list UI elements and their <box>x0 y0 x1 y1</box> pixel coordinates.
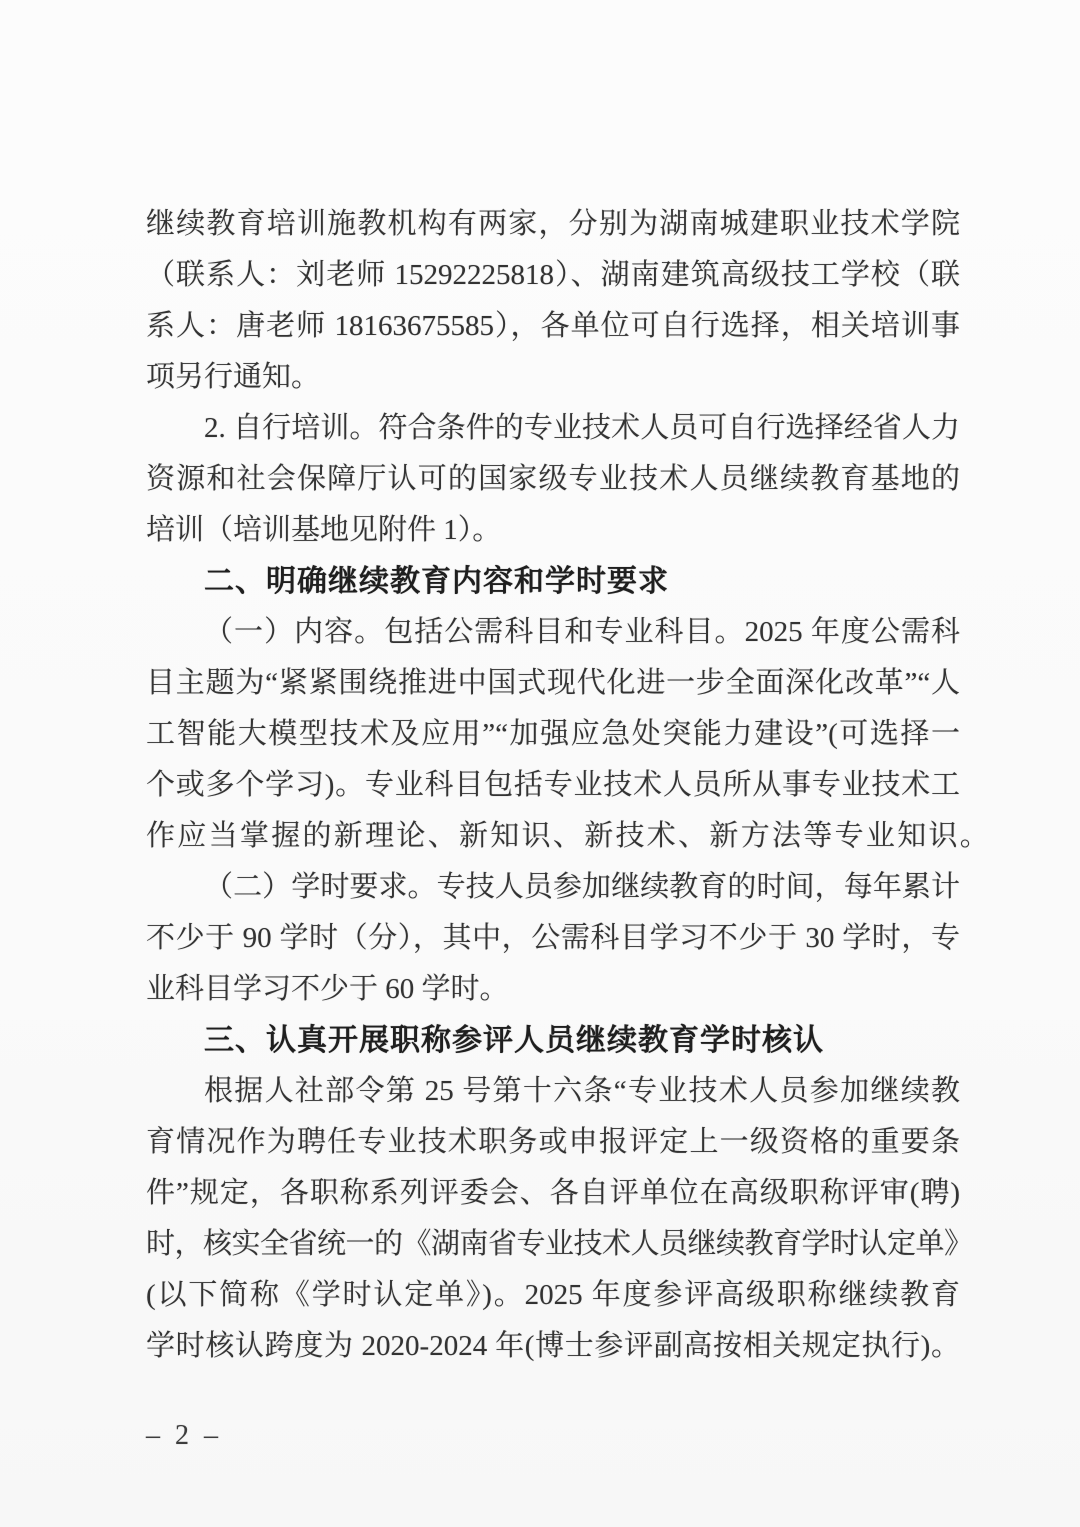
body-line: 不少于 90 学时（分），其中，公需科目学习不少于 30 学时，专 <box>146 913 960 964</box>
section-heading-2: 二、明确继续教育内容和学时要求 <box>146 556 960 607</box>
body-line: 学时核认跨度为 2020-2024 年(博士参评副高按相关规定执行)。 <box>146 1321 960 1372</box>
body-line: 根据人社部令第 25 号第十六条“专业技术人员参加继续教 <box>146 1066 960 1117</box>
body-line: 培训（培训基地见附件 1）。 <box>146 505 960 556</box>
body-line: 系人：唐老师 18163675585），各单位可自行选择，相关培训事 <box>146 301 960 352</box>
body-line: (以下简称《学时认定单》)。2025 年度参评高级职称继续教育 <box>146 1270 960 1321</box>
body-line: （二）学时要求。专技人员参加继续教育的时间，每年累计 <box>146 862 960 913</box>
body-line: 育情况作为聘任专业技术职务或申报评定上一级资格的重要条 <box>146 1117 960 1168</box>
body-line: 项另行通知。 <box>146 352 960 403</box>
page-number: – 2 – <box>146 1420 222 1452</box>
body-line: 2. 自行培训。符合条件的专业技术人员可自行选择经省人力 <box>146 403 960 454</box>
body-line: （联系人：刘老师 15292225818）、湖南建筑高级技工学校（联 <box>146 250 960 301</box>
document-text: 继续教育培训施教机构有两家，分别为湖南城建职业技术学院 （联系人：刘老师 152… <box>146 199 960 1372</box>
body-line: 业科目学习不少于 60 学时。 <box>146 964 960 1015</box>
section-heading-3: 三、认真开展职称参评人员继续教育学时核认 <box>146 1015 960 1066</box>
body-line: 资源和社会保障厅认可的国家级专业技术人员继续教育基地的 <box>146 454 960 505</box>
body-line: 作应当掌握的新理论、新知识、新技术、新方法等专业知识。 <box>146 811 960 862</box>
body-line: 目主题为“紧紧围绕推进中国式现代化进一步全面深化改革”“人 <box>146 658 960 709</box>
body-line: （一）内容。包括公需科目和专业科目。2025 年度公需科 <box>146 607 960 658</box>
body-line: 个或多个学习)。专业科目包括专业技术人员所从事专业技术工 <box>146 760 960 811</box>
body-line: 继续教育培训施教机构有两家，分别为湖南城建职业技术学院 <box>146 199 960 250</box>
body-line: 时，核实全省统一的《湖南省专业技术人员继续教育学时认定单》 <box>146 1219 960 1270</box>
body-line: 件”规定，各职称系列评委会、各自评单位在高级职称评审(聘) <box>146 1168 960 1219</box>
body-line: 工智能大模型技术及应用”“加强应急处突能力建设”(可选择一 <box>146 709 960 760</box>
document-page: 继续教育培训施教机构有两家，分别为湖南城建职业技术学院 （联系人：刘老师 152… <box>0 0 1080 1527</box>
